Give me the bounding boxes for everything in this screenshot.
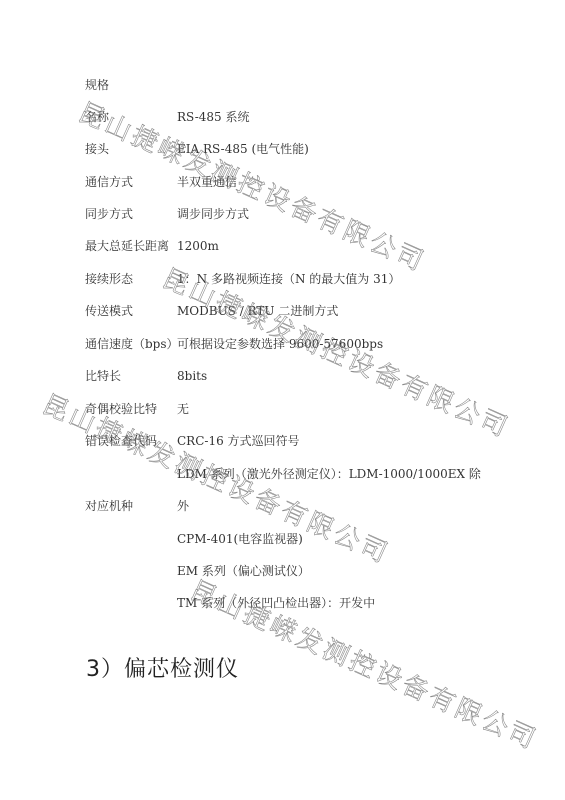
spec-key: 错误检查代码 [85,434,157,448]
spec-key: 同步方式 [85,207,133,221]
spec-value: 8bits [177,369,207,383]
spec-value: 可根据设定参数选择 9600-57600bps [177,337,383,351]
spec-value: RS-485 系统 [177,110,249,124]
spec-value: MODBUS / RTU 二进制方式 [177,304,338,318]
spec-key: 名称 [85,110,109,124]
compatible-value: LDM 系列（激光外径测定仪）：LDM-1000/1000EX 除 [177,467,481,481]
spec-key: 奇偶校验比特 [85,402,157,416]
spec-value: 调步同步方式 [177,207,249,221]
spec-value: 半双重通信 [177,175,237,189]
compatible-value: TM 系列（外径凹凸检出器）：开发中 [177,596,375,610]
spec-key: 通信方式 [85,175,133,189]
spec-key: 对应机种 [85,499,133,513]
compatible-value: CPM-401(电容监视器) [177,532,303,546]
document-page: 规格 名称 RS-485 系统 接头 EIA RS-485 (电气性能) 通信方… [0,0,565,800]
spec-key: 接续形态 [85,272,133,286]
spec-value: 1200m [177,239,219,253]
spec-value: 1：N 多路视频连接（N 的最大值为 31） [177,272,400,286]
spec-key: 比特长 [85,369,121,383]
spec-key: 通信速度（bps） [85,337,179,351]
compatible-value: 外 [177,499,189,513]
section-label-specs: 规格 [85,76,109,93]
watermark: 昆山捷嵘发测控设备有限公司 [157,258,516,445]
spec-value: EIA RS-485 (电气性能) [177,142,309,156]
section-heading: 3）偏芯检测仪 [86,652,239,683]
spec-key: 传送模式 [85,304,133,318]
compatible-value: EM 系列（偏心测试仪） [177,564,310,578]
spec-key: 接头 [85,142,109,156]
spec-value: CRC-16 方式巡回符号 [177,434,300,448]
spec-value: 无 [177,402,189,416]
spec-key: 最大总延长距离 [85,239,169,253]
